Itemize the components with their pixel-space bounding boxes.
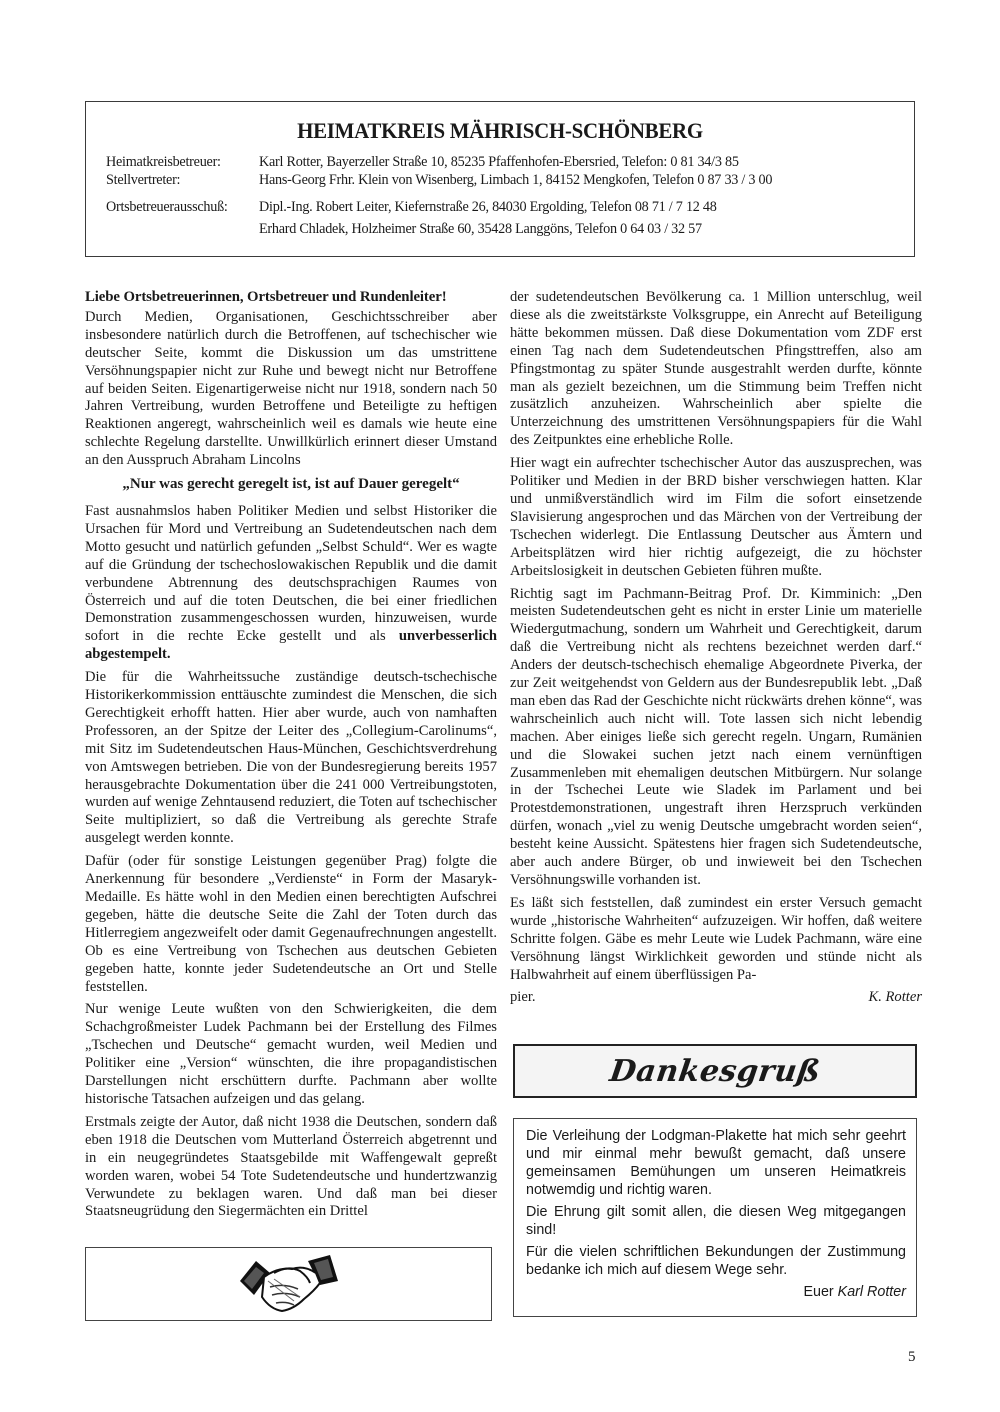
article-column-left: Liebe Ortsbetreuerinnen, Ortsbetreuer un… <box>85 289 497 1226</box>
paragraph-text: pier. <box>510 989 536 1007</box>
salutation-heading: Liebe Ortsbetreuerinnen, Ortsbetreuer un… <box>85 289 497 307</box>
contact-value: Hans-Georg Frhr. Klein von Wisenberg, Li… <box>259 171 772 189</box>
thanks-paragraph: Die Ehrung gilt somit allen, die diesen … <box>526 1203 906 1239</box>
handshake-icon <box>234 1251 344 1317</box>
thanks-title: Dankesgruß <box>607 1054 822 1089</box>
thanks-paragraph: Für die vielen schriftlichen Bekundungen… <box>526 1243 906 1279</box>
author-signature: K. Rotter <box>868 989 922 1007</box>
contact-row-ortsbetreuerausschuss-2: Erhard Chladek, Holzheimer Straße 60, 35… <box>106 220 702 238</box>
article-paragraph: Es läßt sich feststellen, daß zumindest … <box>510 895 922 985</box>
article-paragraph: Durch Medien, Organisationen, Geschichts… <box>85 309 497 470</box>
contact-row-stellvertreter: Stellvertreter:Hans-Georg Frhr. Klein vo… <box>106 171 772 189</box>
page-title: HEIMATKREIS MÄHRISCH-SCHÖNBERG <box>115 118 885 144</box>
handshake-illustration-box <box>85 1247 492 1321</box>
thanks-message-box: Die Verleihung der Lodgman-Plakette hat … <box>513 1118 917 1317</box>
thanks-paragraph: Die Verleihung der Lodgman-Plakette hat … <box>526 1127 906 1199</box>
paragraph-text: Fast ausnahmslos haben Politiker Medien … <box>85 503 497 644</box>
contact-row-heimatkreisbetreuer: Heimatkreisbetreuer:Karl Rotter, Bayerze… <box>106 153 739 171</box>
article-paragraph: der sudetendeutschen Bevölkerung ca. 1 M… <box>510 289 922 450</box>
article-paragraph: Richtig sagt im Pachmann-Beitrag Prof. D… <box>510 586 922 890</box>
article-paragraph: Erstmals zeigte der Autor, daß nicht 193… <box>85 1114 497 1221</box>
contact-label: Stellvertreter: <box>106 171 259 189</box>
article-paragraph: Die für die Wahrheitssuche zuständige de… <box>85 669 497 848</box>
signature-prefix: Euer <box>803 1284 833 1300</box>
signature-name: Karl Rotter <box>838 1284 906 1300</box>
lincoln-quote: „Nur was gerecht geregelt ist, ist auf D… <box>85 476 497 494</box>
thanks-banner: Dankesgruß <box>513 1044 917 1098</box>
thanks-signature: Euer Karl Rotter <box>526 1283 906 1301</box>
contact-value: Dipl.-Ing. Robert Leiter, Kiefernstraße … <box>259 198 717 216</box>
contact-value: Karl Rotter, Bayerzeller Straße 10, 8523… <box>259 153 739 171</box>
article-paragraph: Dafür (oder für sonstige Leistungen gege… <box>85 853 497 996</box>
contact-row-ortsbetreuerausschuss: Ortsbetreuerausschuß:Dipl.-Ing. Robert L… <box>106 198 717 216</box>
article-paragraph: Nur wenige Leute wußten von den Schwieri… <box>85 1001 497 1108</box>
contact-value: Erhard Chladek, Holzheimer Straße 60, 35… <box>259 220 702 238</box>
page-number: 5 <box>908 1349 916 1366</box>
contact-label: Heimatkreisbetreuer: <box>106 153 259 171</box>
contact-label: Ortsbetreuerausschuß: <box>106 198 259 216</box>
contact-box: HEIMATKREIS MÄHRISCH-SCHÖNBERG Heimatkre… <box>85 101 915 257</box>
article-paragraph: Fast ausnahmslos haben Politiker Medien … <box>85 503 497 664</box>
article-paragraph: Hier wagt ein aufrechter tschechischer A… <box>510 455 922 580</box>
article-column-right: der sudetendeutschen Bevölkerung ca. 1 M… <box>510 289 922 1007</box>
signature-line: pier. K. Rotter <box>510 989 922 1007</box>
